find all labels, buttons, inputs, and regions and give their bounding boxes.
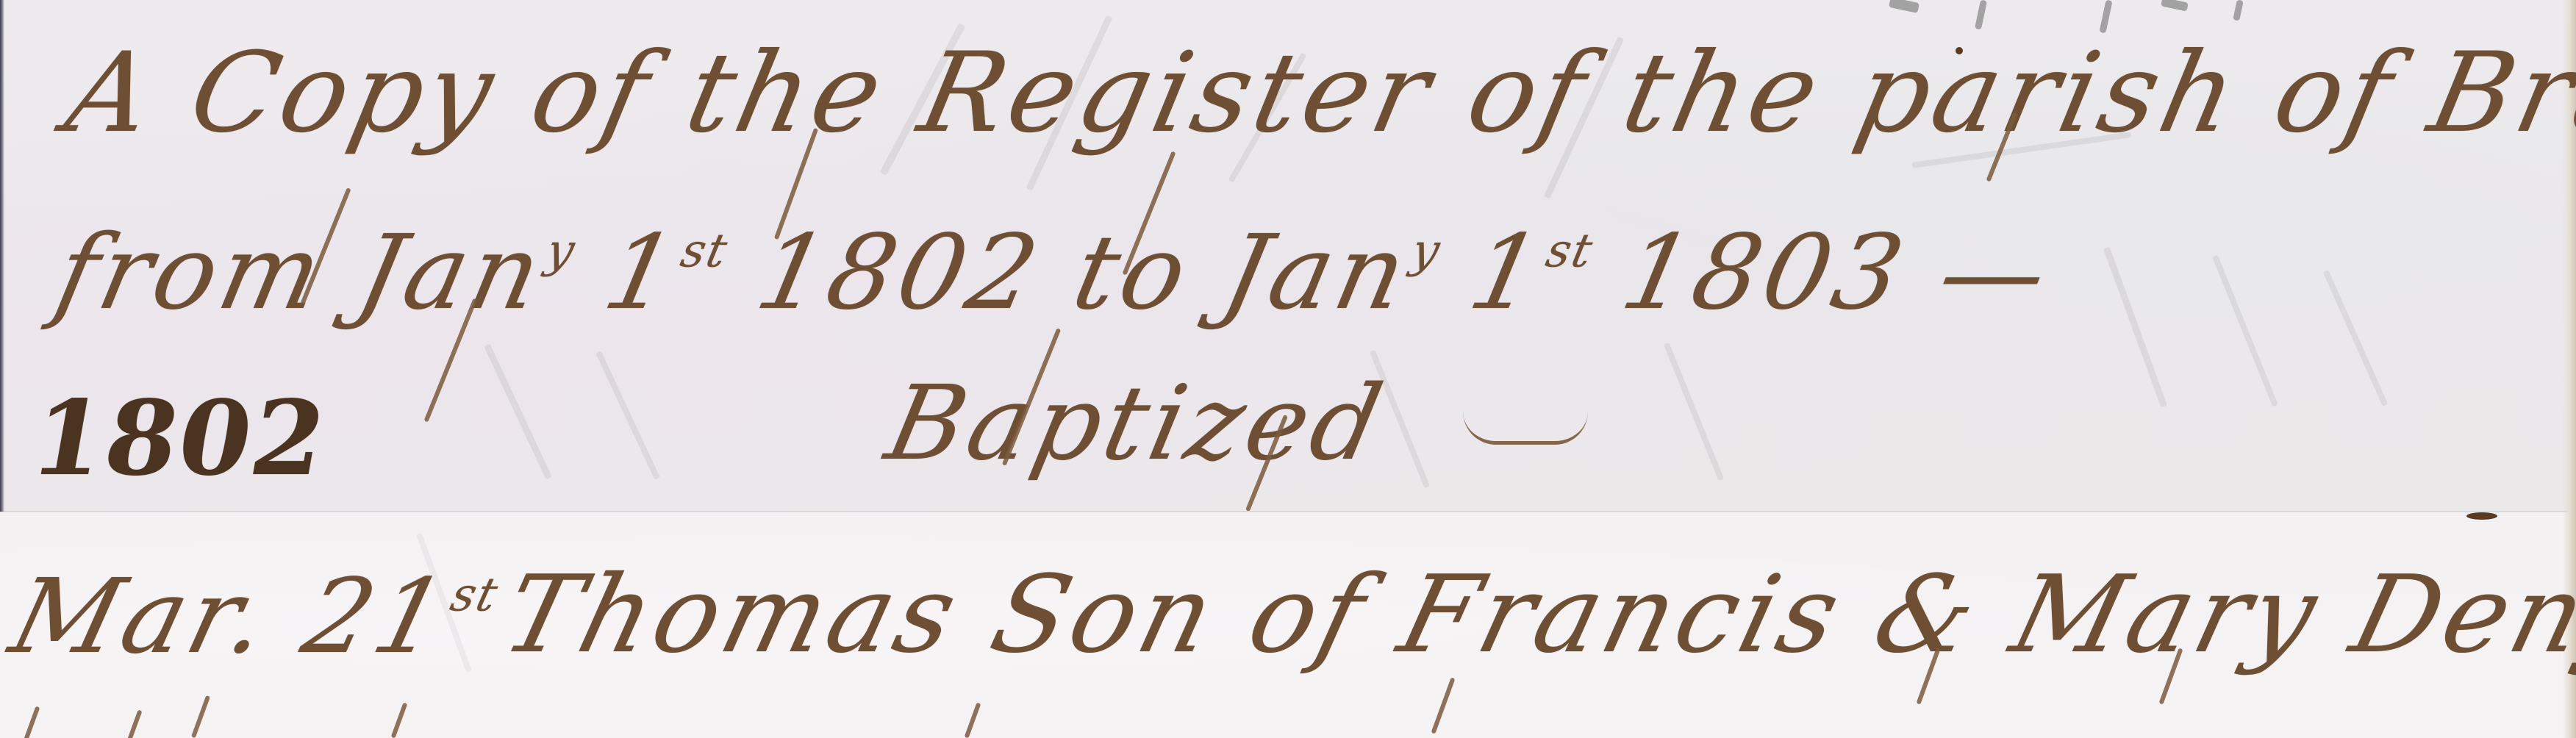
register-title-text: A Copy of the Register of the parish of … xyxy=(57,29,2576,157)
section-heading-baptized: Baptized xyxy=(877,364,1396,484)
page-left-edge xyxy=(0,0,4,512)
entry-date: Mar. 21st xyxy=(0,557,507,677)
baptism-entry-row: Mar. 21st Thomas Son of Francis & Mary D… xyxy=(0,512,2576,688)
date-range-year1: 1802 to Jan xyxy=(710,213,1421,333)
document-page: A Copy of the Register of the parish of … xyxy=(0,0,2576,738)
ink-blot xyxy=(1956,47,1963,54)
date-range-year2: 1803 — xyxy=(1575,213,2061,333)
register-title-line: A Copy of the Register of the parish of … xyxy=(57,29,2576,157)
ink-blot xyxy=(2466,512,2497,520)
heading-flourish xyxy=(1463,412,1588,445)
date-range-from: from Jan xyxy=(46,213,556,333)
date-range-line: from Jany 1st 1802 to Jany 1st 1803 — xyxy=(46,213,2062,333)
entry-date-main: Mar. 21 xyxy=(0,557,462,677)
year-margin-label: 1802 xyxy=(23,379,337,499)
entry-text: Thomas Son of Francis & Mary Denyer xyxy=(492,553,2576,677)
